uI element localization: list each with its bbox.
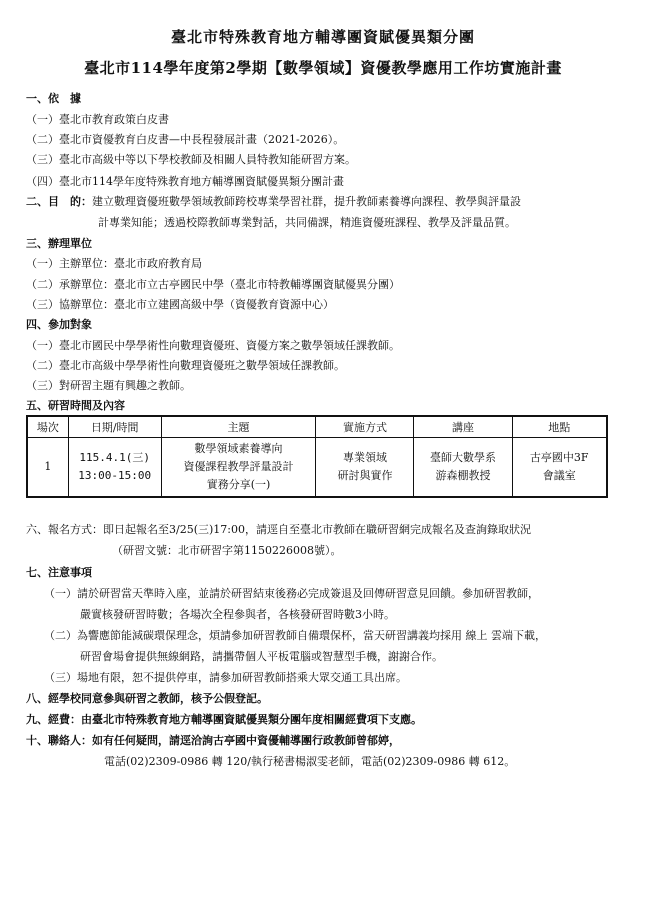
section7-item2-line2: 研習會場會提供無線網路，請攜帶個人平板電腦或智慧型手機，謝謝合作。	[80, 650, 443, 664]
section3-item-3: （三）協辦單位：臺北市立建國高級中學（資優教育資源中心）	[26, 298, 334, 312]
section1-item-3: （三）臺北市高級中等以下學校教師及相關人員特教知能研習方案。	[26, 153, 356, 167]
section10-line2: 電話(02)2309-0986 轉 120/執行秘書楊淑雯老師，電話(02)23…	[104, 755, 515, 769]
header-topic: 主題	[161, 416, 316, 438]
cell-location-line2: 會議室	[515, 467, 605, 485]
section7-item2-line1: （二）為響應節能減碳環保理念，煩請參加研習教師自備環保杯，當天研習講義均採用 線…	[44, 629, 546, 643]
header-datetime: 日期/時間	[68, 416, 161, 438]
section3-item-2: （二）承辦單位：臺北市立古亭國民中學（臺北市特教輔導團資賦優異分團）	[26, 278, 400, 292]
header-speaker: 講座	[414, 416, 512, 438]
cell-speaker-line1: 臺師大數學系	[416, 449, 509, 467]
section1-item-1: （一）臺北市教育政策白皮書	[26, 113, 169, 127]
section5-heading: 五、研習時間及內容	[26, 399, 125, 413]
section2-line1: 建立數理資優班數學領域教師跨校專業學習社群，提升教師素養導向課程、教學與評量設	[92, 195, 521, 208]
cell-topic-line2: 資優課程教學評量設計	[164, 458, 314, 476]
document-subtitle: 臺北市114學年度第2學期【數學領域】資優教學應用工作坊實施計畫	[0, 57, 646, 78]
section4-item-3: （三）對研習主題有興趣之教師。	[26, 379, 191, 393]
header-location: 地點	[512, 416, 607, 438]
cell-session: 1	[27, 438, 68, 498]
section10-line1: 十、聯絡人：如有任何疑問，請逕洽詢古亭國中資優輔導團行政教師曾郁婷，	[26, 734, 400, 748]
section7-item3: （三）場地有限，恕不提供停車，請參加研習教師搭乘大眾交通工具出席。	[44, 671, 407, 685]
section1-item-2: （二）臺北市資優教育白皮書—中長程發展計畫（2021-2026）。	[26, 133, 344, 147]
cell-location: 古亭國中3F 會議室	[512, 438, 607, 498]
section1-heading: 一、依 據	[26, 92, 81, 106]
section3-heading: 三、辦理單位	[26, 237, 92, 251]
section9-text: 九、經費：由臺北市特殊教育地方輔導團資賦優異類分團年度相關經費項下支應。	[26, 713, 422, 727]
section4-item-2: （二）臺北市高級中學學術性向數理資優班之數學領域任課教師。	[26, 359, 345, 373]
cell-speaker: 臺師大數學系 游森棚教授	[414, 438, 512, 498]
schedule-table: 場次 日期/時間 主題 實施方式 講座 地點 1 115.4.1(三) 13:0…	[26, 415, 608, 498]
schedule-header-row: 場次 日期/時間 主題 實施方式 講座 地點	[27, 416, 607, 438]
section2-line2: 計專業知能；透過校際教師專業對話，共同備課，精進資優班課程、教學及評量品質。	[98, 216, 516, 230]
cell-datetime: 115.4.1(三) 13:00-15:00	[68, 438, 161, 498]
cell-method: 專業領域 研討與實作	[316, 438, 414, 498]
cell-speaker-line2: 游森棚教授	[416, 467, 509, 485]
cell-location-line1: 古亭國中3F	[515, 449, 605, 467]
cell-topic: 數學領域素養導向 資優課程教學評量設計 實務分享(一)	[161, 438, 316, 498]
section8-text: 八、經學校同意參與研習之教師，核予公假登記。	[26, 692, 268, 706]
section6-line1: 六、報名方式：即日起報名至3/25(三)17:00，請逕自至臺北市教師在職研習網…	[26, 523, 531, 537]
section1-item-4: （四）臺北市114學年度特殊教育地方輔導團資賦優異類分團計畫	[26, 175, 344, 189]
cell-topic-line3: 實務分享(一)	[164, 476, 314, 494]
document-title: 臺北市特殊教育地方輔導團資賦優異類分團	[0, 26, 646, 47]
section4-heading: 四、參加對象	[26, 318, 92, 332]
section2-heading: 二、目 的：	[26, 195, 92, 208]
cell-date: 115.4.1(三)	[71, 449, 159, 467]
table-row: 1 115.4.1(三) 13:00-15:00 數學領域素養導向 資優課程教學…	[27, 438, 607, 498]
section4-item-1: （一）臺北市國民中學學術性向數理資優班、資優方案之數學領域任課教師。	[26, 339, 400, 353]
section7-heading: 七、注意事項	[26, 566, 92, 580]
cell-method-line2: 研討與實作	[318, 467, 411, 485]
header-session: 場次	[27, 416, 68, 438]
section6-line2: （研習文號：北市研習字第1150226008號）。	[112, 544, 341, 558]
section3-item-1: （一）主辦單位：臺北市政府教育局	[26, 257, 202, 271]
cell-time: 13:00-15:00	[71, 467, 159, 485]
section7-item1-line2: 嚴實核發研習時數；各場次全程參與者，各核發研習時數3小時。	[80, 608, 395, 622]
cell-topic-line1: 數學領域素養導向	[164, 440, 314, 458]
header-method: 實施方式	[316, 416, 414, 438]
section7-item1-line1: （一）請於研習當天準時入座，並請於研習結束後務必完成簽退及回傳研習意見回饋。參加…	[44, 587, 539, 601]
section2-purpose: 二、目 的：建立數理資優班數學領域教師跨校專業學習社群，提升教師素養導向課程、教…	[26, 195, 521, 209]
cell-method-line1: 專業領域	[318, 449, 411, 467]
